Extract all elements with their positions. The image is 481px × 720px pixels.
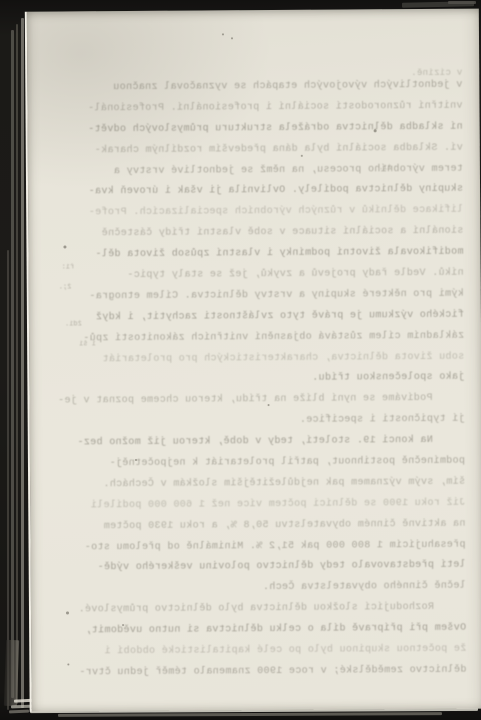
page-stack-left-edge xyxy=(11,30,14,698)
bleedthrough-line: lifikace dělníků v různých výrobních spe… xyxy=(74,201,463,225)
bleedthrough-line: přesahujícím 1 800 000 pak 51,2 %. Minim… xyxy=(76,535,465,559)
ink-speck xyxy=(122,624,124,626)
page-stack-corner-wedge xyxy=(4,640,19,706)
ink-speck xyxy=(222,33,224,35)
ink-speck xyxy=(67,663,69,665)
bleedthrough-line: kými pro některé skupiny a vrstvy dělnic… xyxy=(75,285,464,309)
bleedthrough-line: Již roku 1900 se dělníci počtem více než… xyxy=(76,494,465,518)
bleedthrough-line: lečně činného obyvatelstva Čech. xyxy=(77,577,466,601)
bleedthrough-line: Ovšem při přípravě díla o celku dělnictv… xyxy=(77,619,466,643)
ink-speck xyxy=(268,404,270,406)
bleedthrough-line: fického výzkumu je právě tyto zvláštnost… xyxy=(75,305,464,329)
bleedthrough-line: vnitřní různorodostí sociální i profesio… xyxy=(73,97,462,121)
bleedthrough-line: jí typičnosti i specifice. xyxy=(76,410,465,434)
bleedthrough-line: Na konci 19. století, tedy v době, ktero… xyxy=(76,431,465,455)
margin-mark: ři: xyxy=(62,263,75,271)
bleedthrough-line: modifikovala životní podmínky i vlastní … xyxy=(74,243,463,267)
bleedthrough-line: ším, svým významem pak nejdůležitějším s… xyxy=(76,473,465,497)
ink-speck xyxy=(135,459,137,461)
page-stack-left-edge xyxy=(16,24,18,704)
margin-mark: ž;. xyxy=(59,283,72,291)
bleedthrough-line: níků. Vedle řady projevů a zvyků, jež se… xyxy=(75,264,464,288)
bleedthrough-line: jako společenskou třídu. xyxy=(75,368,464,392)
ink-speck xyxy=(63,245,66,248)
margin-mark: ždí. xyxy=(65,320,82,328)
bleedthrough-line: sionální a sociální situace v sobě vlast… xyxy=(74,222,463,246)
bleedthrough-line: ví. Skladba sociální byla dána především… xyxy=(74,138,463,162)
bleedthrough-line: Rozhodující složkou dělnictva bylo dělni… xyxy=(77,598,466,622)
scanned-page: v cizině. v jednotlivých vývojových etap… xyxy=(25,9,481,712)
page-stack-left-edge xyxy=(21,18,24,708)
bleedthrough-line: že početnou skupinou bylo po celé kapita… xyxy=(77,640,466,664)
bleedthrough-line: terem výrobního procesu, na němž se jedn… xyxy=(74,159,463,183)
ink-speck xyxy=(66,611,69,614)
bleedthrough-line: ní skladba dělnictva odrážela strukturu … xyxy=(74,117,463,141)
ink-speck xyxy=(231,37,233,39)
bleedthrough-line: sobu života dělnictva, charakteristickýc… xyxy=(75,347,464,371)
bleedthrough-line: základním cílem zůstává objasnění vnitřn… xyxy=(75,326,464,350)
bleedthrough-line: skupiny dělnictva podílely. Ovlivnila ji… xyxy=(74,180,463,204)
margin-mark: i ší xyxy=(79,340,96,348)
page-stack-top-edge xyxy=(448,1,476,4)
ink-speck xyxy=(374,129,377,132)
ink-speck xyxy=(301,155,303,157)
margin-mark: ži. xyxy=(379,164,392,172)
bleedthrough-line: v jednotlivých vývojových etapách se vyz… xyxy=(73,76,462,100)
bleedthrough-line: na aktivně činném obyvatelstvu 50,8 %, a… xyxy=(76,514,465,538)
bleedthrough-text-block: v jednotlivých vývojových etapách se vyz… xyxy=(73,76,466,685)
bleedthrough-line: dělnictvo zemědělské; v roce 1900 znamen… xyxy=(77,661,466,685)
bleedthrough-line: letí představovalo tedy dělnictvo polovi… xyxy=(77,556,466,580)
bleedthrough-line: Podíváme se nyní blíže na třídu, kterou … xyxy=(75,389,464,413)
bleedthrough-line: podmínečně postihnout, patřil proletariá… xyxy=(76,452,465,476)
